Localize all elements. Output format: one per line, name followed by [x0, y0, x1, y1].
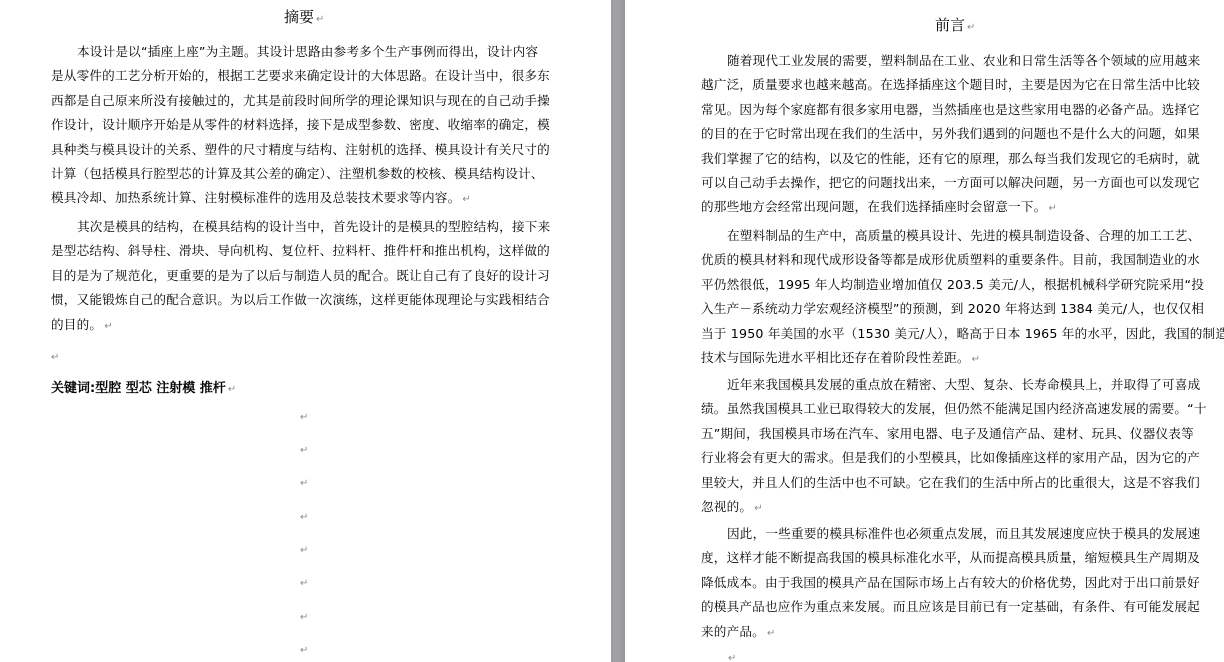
text-line: 平仍然很低，1995 年人均制造业增加值仅 203.5 美元/人，根据机械科学研… — [701, 273, 1203, 297]
text-line: 近年来我国模具发展的重点放在精密、大型、复杂、长寿命模具上，并取得了可喜成 — [701, 373, 1203, 397]
abstract-title: 摘要↵ — [284, 8, 324, 29]
paragraph-mark-icon: ↵ — [316, 14, 324, 25]
text-line: 越广泛，质量要求也越来越高。在选择插座这个题目时，主要是因为它在日常生活中比较 — [701, 73, 1203, 97]
paragraph-mark-icon: ↵ — [300, 445, 308, 457]
text-line: 是型芯结构、斜导柱、滑块、导向机构、复位杆、拉料杆、推件杆和推出机构，这样做的 — [51, 239, 553, 263]
text-line-last: 来的产品。↵ — [701, 620, 1203, 644]
paragraph-mark-icon: ↵ — [300, 578, 308, 590]
preface-title-text: 前言 — [935, 16, 965, 34]
abstract-title-text: 摘要 — [284, 8, 314, 26]
paragraph-mark-icon: ↵ — [228, 384, 236, 395]
preface-paragraph-4[interactable]: 因此，一些重要的模具标准件也必须重点发展，而且其发展速度应快于模具的发展速 度，… — [701, 522, 1203, 644]
text-line: 我们掌握了它的结构，以及它的性能，还有它的原理，那么每当我们发现它的毛病时，就 — [701, 147, 1203, 171]
text-line: 西都是自己原来所没有接触过的，尤其是前段时间所学的理论课知识与现在的自己动手操 — [51, 89, 553, 113]
paragraph-mark-icon: ↵ — [300, 512, 308, 524]
text: 忽视的。 — [701, 499, 752, 514]
paragraph-mark-icon: ↵ — [1048, 203, 1057, 214]
text-line: 行业将会有更大的需求。但是我们的小型模具，比如像插座这样的家用产品，因为它的产 — [701, 446, 1203, 470]
text-line: 常见。因为每个家庭都有很多家用电器，当然插座也是这些家用电器的必备产品。选择它 — [701, 98, 1203, 122]
text-line: 目的是为了规范化，更重要的是为了以后与制造人员的配合。既让自己有了良好的设计习 — [51, 264, 553, 288]
text-line: 优质的模具材料和现代成形设备等都是成形优质塑料的重要条件。目前，我国制造业的水 — [701, 248, 1203, 272]
preface-paragraph-1[interactable]: 随着现代工业发展的需要，塑料制品在工业、农业和日常生活等各个领域的应用越来 越广… — [701, 49, 1203, 220]
paragraph-mark-icon: ↵ — [754, 503, 763, 514]
paragraph-mark-icon: ↵ — [967, 22, 975, 33]
text-line-last: 模具冷却、加热系统计算、注射模标准件的选用及总装技术要求等内容。↵ — [51, 186, 553, 210]
text-line: 度，这样才能不断提高我国的模具标准化水平，从而提高模具质量，缩短模具生产周期及 — [701, 546, 1203, 570]
text-line: 计算（包括模具行腔型芯的计算及其公差的确定）、注塑机参数的校核、模具结构设计、 — [51, 162, 553, 186]
abstract-paragraph-2[interactable]: 其次是模具的结构，在模具结构的设计当中，首先设计的是模具的型腔结构，接下来 是型… — [51, 215, 553, 337]
text: 的那些地方会经常出现问题，在我们选择插座时会留意一下。 — [701, 199, 1046, 214]
text-line: 可以自己动手去操作，把它的问题找出来，一方面可以解决问题，另一方面也可以发现它 — [701, 171, 1203, 195]
abstract-paragraph-1[interactable]: 本设计是以“插座上座”为主题。其设计思路由参考多个生产事例而得出，设计内容 是从… — [51, 40, 553, 211]
text-line: 里较大，并且人们的生活中也不可缺。它在我们的生活中所占的比重很大，这是不容我们 — [701, 471, 1203, 495]
paragraph-mark-icon: ↵ — [300, 545, 308, 557]
text-line: 降低成本。由于我国的模具产品在国际市场上占有较大的价格优势，因此对于出口前景好 — [701, 571, 1203, 595]
paragraph-mark-icon: ↵ — [728, 653, 736, 662]
document-page-right[interactable]: 前言↵ 随着现代工业发展的需要，塑料制品在工业、农业和日常生活等各个领域的应用越… — [625, 0, 1224, 662]
text-line: 是从零件的工艺分析开始的，根据工艺要求来确定设计的大体思路。在设计当中，很多东 — [51, 64, 553, 88]
text-line-last: 的目的。↵ — [51, 313, 553, 337]
text-line: 绩。虽然我国模具工业已取得较大的发展，但仍然不能满足国内经济高速发展的需要。“十 — [701, 397, 1203, 421]
paragraph-mark-icon: ↵ — [300, 478, 308, 490]
text-line-last: 的那些地方会经常出现问题，在我们选择插座时会留意一下。↵ — [701, 195, 1203, 219]
text: 技术与国际先进水平相比还存在着阶段性差距。 — [701, 350, 970, 365]
text-line: 作设计，设计顺序开始是从零件的材料选择，接下是成型参数、密度、收缩率的确定，模 — [51, 113, 553, 137]
text-line: 当于 1950 年美国的水平（1530 美元/人），略高于日本 1965 年的水… — [701, 322, 1203, 346]
preface-title: 前言↵ — [935, 16, 975, 37]
text-line: 入生产－系统动力学宏观经济模型”的预测，到 2020 年将达到 1384 美元/… — [701, 297, 1203, 321]
text: 来的产品。 — [701, 624, 765, 639]
paragraph-mark-icon: ↵ — [462, 194, 471, 205]
document-page-left[interactable]: 摘要↵ 本设计是以“插座上座”为主题。其设计思路由参考多个生产事例而得出，设计内… — [0, 0, 611, 662]
text-line: 其次是模具的结构，在模具结构的设计当中，首先设计的是模具的型腔结构，接下来 — [51, 215, 553, 239]
text-line: 因此，一些重要的模具标准件也必须重点发展，而且其发展速度应快于模具的发展速 — [701, 522, 1203, 546]
text-line: 本设计是以“插座上座”为主题。其设计思路由参考多个生产事例而得出，设计内容 — [51, 40, 553, 64]
text-line-last: 技术与国际先进水平相比还存在着阶段性差距。↵ — [701, 346, 1203, 370]
text-line: 五”期间，我国模具市场在汽车、家用电器、电子及通信产品、建材、玩具、仪器仪表等 — [701, 422, 1203, 446]
paragraph-mark-icon: ↵ — [104, 321, 113, 332]
text-line: 随着现代工业发展的需要，塑料制品在工业、农业和日常生活等各个领域的应用越来 — [701, 49, 1203, 73]
text-line: 在塑料制品的生产中，高质量的模具设计、先进的模具制造设备、合理的加工工艺、 — [701, 224, 1203, 248]
keywords-text: 关键词:型腔 型芯 注射模 推杆 — [51, 381, 226, 396]
text: 的目的。 — [51, 317, 102, 332]
text-line: 具种类与模具设计的关系、塑件的尺寸精度与结构、注射机的选择、模具设计有关尺寸的 — [51, 138, 553, 162]
text: 模具冷却、加热系统计算、注射模标准件的选用及总装技术要求等内容。 — [51, 190, 460, 205]
text-line: 的模具产品也应作为重点来发展。而且应该是目前已有一定基础，有条件、有可能发展起 — [701, 595, 1203, 619]
paragraph-mark-icon: ↵ — [300, 612, 308, 624]
paragraph-mark-icon: ↵ — [767, 628, 776, 639]
paragraph-mark-icon: ↵ — [972, 354, 981, 365]
text-line: 的目的在于它时常出现在我们的生活中，另外我们遇到的问题也不是什么大的问题，如果 — [701, 122, 1203, 146]
paragraph-mark-icon: ↵ — [51, 352, 59, 364]
text-line-last: 忽视的。↵ — [701, 495, 1203, 519]
text-line: 惯，又能锻炼自己的配合意识。为以后工作做一次演练，这样更能体现理论与实践相结合 — [51, 288, 553, 312]
paragraph-mark-icon: ↵ — [300, 412, 308, 424]
keywords-line[interactable]: 关键词:型腔 型芯 注射模 推杆↵ — [51, 377, 236, 396]
page-gap — [611, 0, 625, 662]
paragraph-mark-icon: ↵ — [300, 645, 308, 657]
preface-paragraph-3[interactable]: 近年来我国模具发展的重点放在精密、大型、复杂、长寿命模具上，并取得了可喜成 绩。… — [701, 373, 1203, 519]
preface-paragraph-2[interactable]: 在塑料制品的生产中，高质量的模具设计、先进的模具制造设备、合理的加工工艺、 优质… — [701, 224, 1203, 370]
